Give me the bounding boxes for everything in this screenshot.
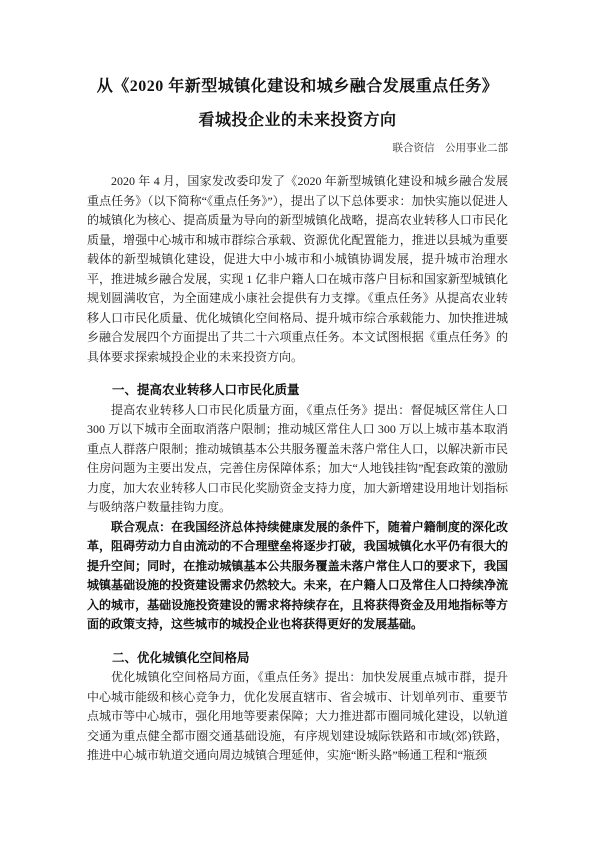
title-line-1: 从《2020 年新型城镇化建设和城乡融合发展重点任务》 xyxy=(87,70,508,104)
section-1-heading: 一、提高农业转移人口市民化质量 xyxy=(87,381,508,401)
section-2-tasks-paragraph: 优化城镇化空间格局方面，《重点任务》提出：加快发展重点城市群，提升中心城市能级和… xyxy=(87,668,508,766)
document-title: 从《2020 年新型城镇化建设和城乡融合发展重点任务》 看城投企业的未来投资方向 xyxy=(87,70,508,138)
title-line-2: 看城投企业的未来投资方向 xyxy=(87,104,508,138)
section-2-heading: 二、优化城镇化空间格局 xyxy=(87,649,508,669)
section-1-tasks-paragraph: 提高农业转移人口市民化质量方面，《重点任务》提出：督促城区常住人口 300 万以… xyxy=(87,401,508,518)
document-page: 从《2020 年新型城镇化建设和城乡融合发展重点任务》 看城投企业的未来投资方向… xyxy=(0,0,595,842)
intro-paragraph: 2020 年 4 月，国家发改委印发了《2020 年新型城镇化建设和城乡融合发展… xyxy=(87,172,508,367)
byline: 联合资信 公用事业二部 xyxy=(87,142,508,156)
document-content: 从《2020 年新型城镇化建设和城乡融合发展重点任务》 看城投企业的未来投资方向… xyxy=(0,70,595,766)
section-1-opinion-paragraph: 联合观点：在我国经济总体持续健康发展的条件下，随着户籍制度的深化改革，阻碍劳动力… xyxy=(87,518,508,635)
